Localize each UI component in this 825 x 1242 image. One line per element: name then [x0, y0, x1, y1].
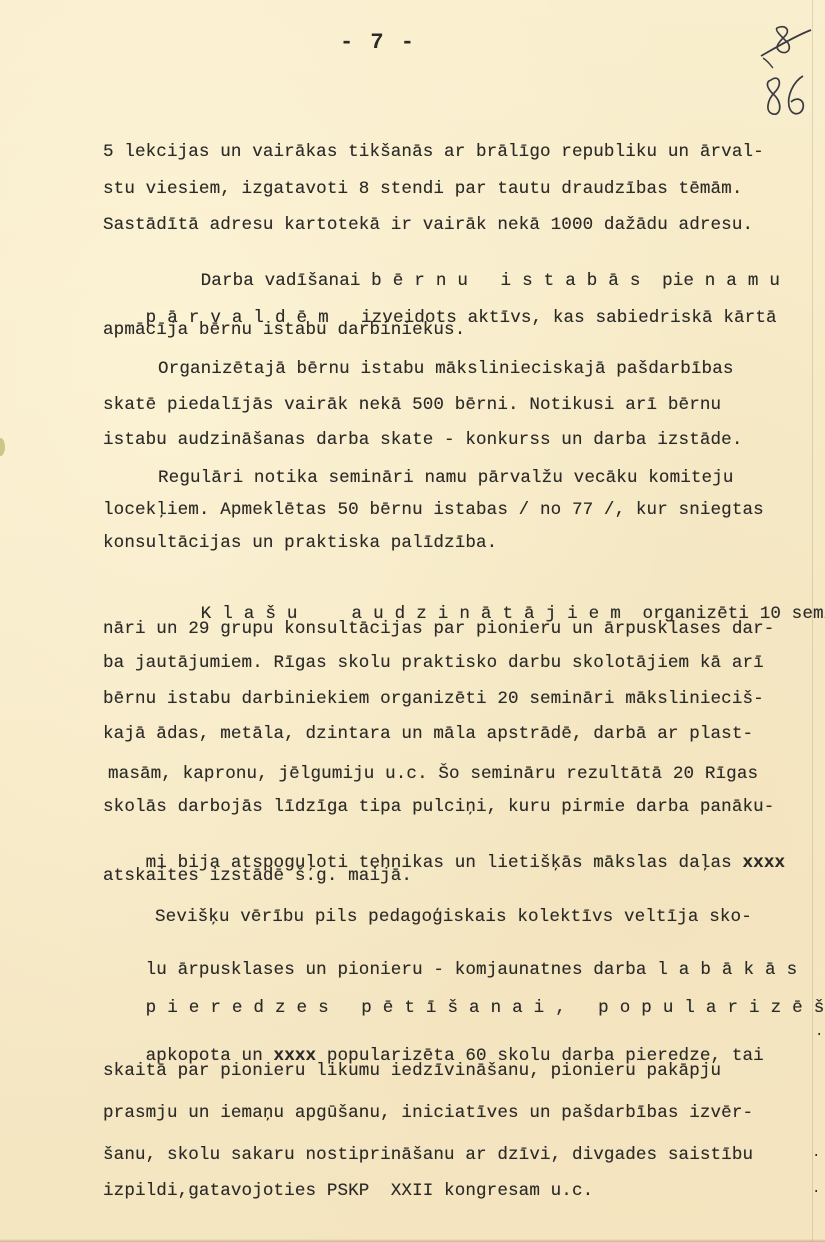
text-line-26: skaitā par pionieru likumu iedzīvināšanu… [103, 1060, 721, 1082]
text-line-9: istabu audzināšanas darba skate - konkur… [103, 429, 742, 451]
text-line-10: Regulāri notika semināri namu pārvalžu v… [158, 467, 734, 489]
ink-blot [0, 438, 5, 456]
text-line-16: bērnu istabu darbiniekiem organizēti 20 … [103, 688, 764, 710]
text-line-2: stu viesiem, izgatavoti 8 stendi par tau… [103, 178, 742, 200]
text-line-17: kajā ādas, metāla, dzintara un māla apst… [103, 723, 753, 745]
margin-mark: . [812, 1181, 820, 1197]
text-line-15: ba jautājumiem. Rīgas skolu praktisko da… [103, 652, 764, 674]
text-line-22: Sevišķu vērību pils pedagoģiskais kolekt… [155, 906, 752, 928]
text-line-27: prasmju un iemaņu apgūšanu, iniciatīves … [103, 1102, 753, 1124]
emphasis-spaced: popularizēšanā [598, 998, 825, 1018]
line-mid [577, 998, 598, 1018]
text-line-3: Sastādītā adresu kartotekā ir vairāk nek… [103, 214, 753, 236]
handwritten-archive-number [755, 22, 815, 122]
text-line-5: pārvaldēm izveidots aktīvs, kas sabiedri… [103, 285, 777, 351]
margin-mark: . [812, 1145, 820, 1161]
text-line-6: apmācīja bērnu istabu darbiniekus. [103, 319, 465, 341]
text-line-7: Organizētajā bērnu istabu mākslinieciska… [158, 358, 734, 380]
struck-out-text: xxxx [743, 853, 786, 873]
text-line-29: izpildi,gatavojoties PSKP XXII kongresam… [103, 1180, 593, 1202]
text-line-8: skatē piedalījās vairāk nekā 500 bērni. … [103, 394, 721, 416]
text-line-28: šanu, skolu sakaru nostiprināšanu ar dzī… [103, 1144, 753, 1166]
text-line-1: 5 lekcijas un vairākas tikšanās ar brālī… [103, 141, 764, 163]
text-line-18: masām, kapronu, jēlgumiju u.c. Šo seminā… [108, 763, 758, 785]
text-line-11: locekļiem. Apmeklētas 50 bērnu istabas /… [103, 499, 764, 521]
text-line-21: atskaites izstādē š.g. maijā. [103, 865, 412, 887]
margin-mark: . [815, 1024, 823, 1040]
text-line-12: konsultācijas un praktiska palīdzība. [103, 532, 497, 554]
handwritten-numbering-icon [755, 22, 815, 122]
document-page: - 7 - 5 lekcijas un vairākas tikšanās ar… [0, 0, 825, 1242]
page-number: - 7 - [340, 30, 416, 55]
text-line-14: nāri un 29 grupu konsultācijas par pioni… [103, 618, 774, 640]
emphasis-spaced: pieredzes pētīšanai, [146, 998, 577, 1018]
text-line-19: skolās darbojās līdzīga tipa pulciņi, ku… [103, 796, 774, 818]
